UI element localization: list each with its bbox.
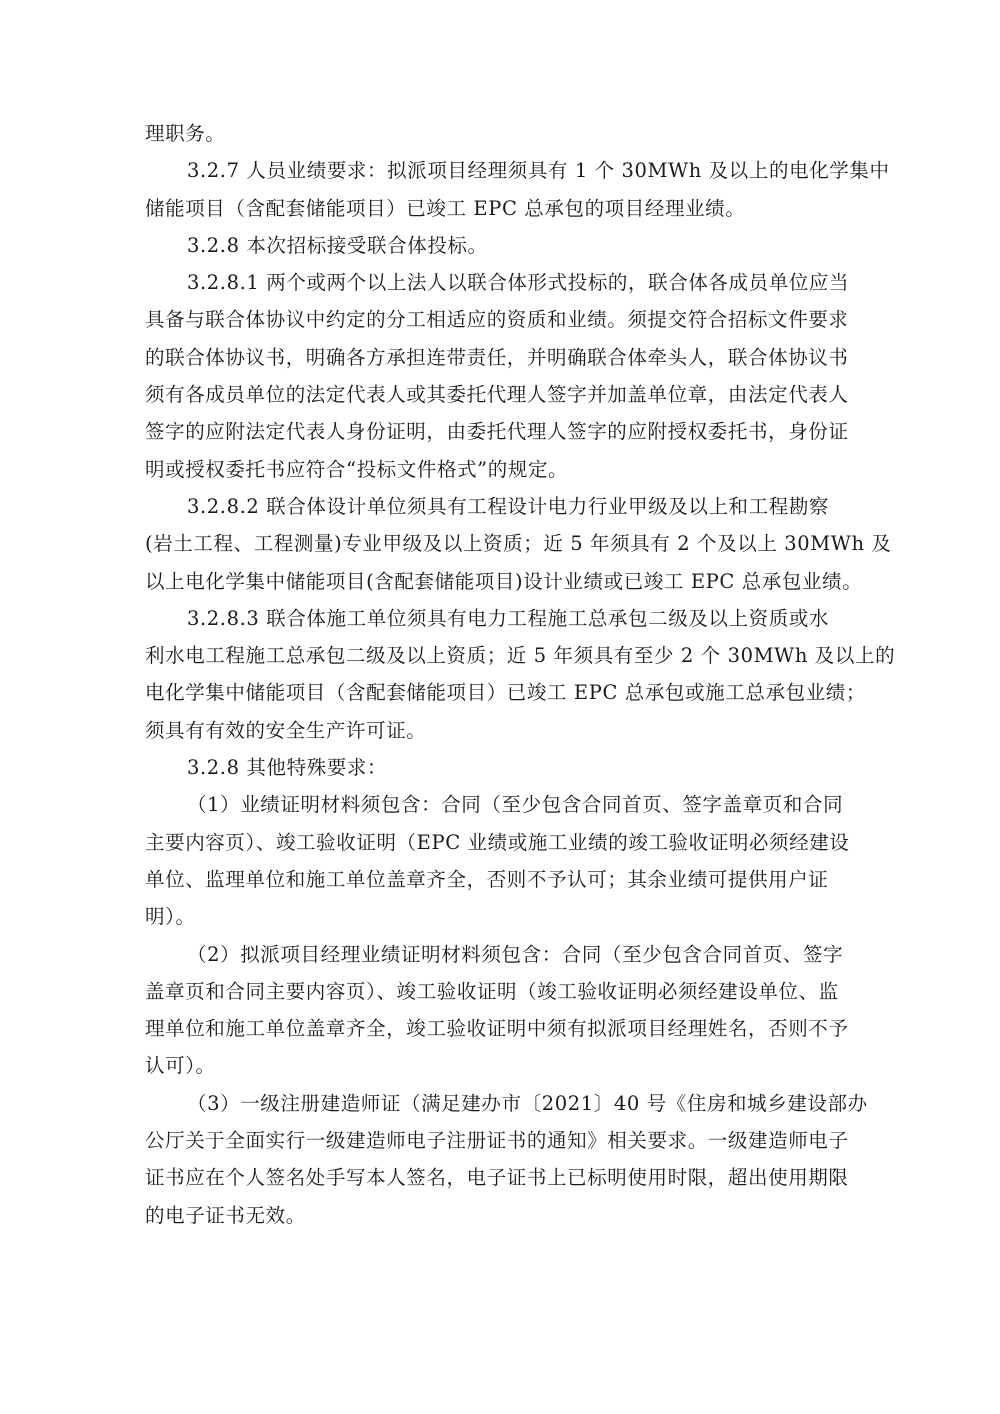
text-line: （1）业绩证明材料须包含：合同（至少包含合同首页、签字盖章页和合同 [145,786,855,823]
text-line: 的联合体协议书，明确各方承担连带责任，并明确联合体牵头人，联合体协议书 [145,339,855,376]
text-line: 盖章页和合同主要内容页）、竣工验收证明（竣工验收证明必须经建设单位、监 [145,973,855,1010]
text-line: （2）拟派项目经理业绩证明材料须包含：合同（至少包含合同首页、签字 [145,936,855,973]
text-line: 理单位和施工单位盖章齐全，竣工验收证明中须有拟派项目经理姓名，否则不予 [145,1010,855,1047]
text-line: 单位、监理单位和施工单位盖章齐全，否则不予认可；其余业绩可提供用户证 [145,861,855,898]
text-line: 证书应在个人签名处手写本人签名，电子证书上已标明使用时限，超出使用期限 [145,1159,855,1196]
paragraph-3-2-8: 3.2.8 本次招标接受联合体投标。 [145,227,855,264]
paragraph-other-requirements: 3.2.8 其他特殊要求： [145,749,855,786]
text-line: 3.2.8.2 联合体设计单位须具有工程设计电力行业甲级及以上和工程勘察 [145,488,855,525]
text-line: 3.2.8 本次招标接受联合体投标。 [145,227,855,264]
text-line: (岩土工程、工程测量)专业甲级及以上资质；近 5 年须具有 2 个及以上 30M… [145,525,855,562]
paragraph-continuation: 理职务。 [145,115,855,152]
paragraph-3-2-8-2: 3.2.8.2 联合体设计单位须具有工程设计电力行业甲级及以上和工程勘察 (岩土… [145,488,855,600]
text-line: 的电子证书无效。 [145,1197,855,1234]
paragraph-item-1: （1）业绩证明材料须包含：合同（至少包含合同首页、签字盖章页和合同 主要内容页）… [145,786,855,935]
paragraph-item-2: （2）拟派项目经理业绩证明材料须包含：合同（至少包含合同首页、签字 盖章页和合同… [145,936,855,1085]
text-line: 具备与联合体协议中约定的分工相适应的资质和业绩。须提交符合招标文件要求 [145,301,855,338]
document-body: 理职务。 3.2.7 人员业绩要求：拟派项目经理须具有 1 个 30MWh 及以… [145,115,855,1234]
document-page: 理职务。 3.2.7 人员业绩要求：拟派项目经理须具有 1 个 30MWh 及以… [0,0,1000,1414]
paragraph-3-2-8-3: 3.2.8.3 联合体施工单位须具有电力工程施工总承包二级及以上资质或水 利水电… [145,600,855,749]
paragraph-3-2-8-1: 3.2.8.1 两个或两个以上法人以联合体形式投标的，联合体各成员单位应当 具备… [145,264,855,488]
text-line: 3.2.7 人员业绩要求：拟派项目经理须具有 1 个 30MWh 及以上的电化学… [145,152,855,189]
text-line: 主要内容页）、竣工验收证明（EPC 业绩或施工业绩的竣工验收证明必须经建设 [145,824,855,861]
text-line: 签字的应附法定代表人身份证明，由委托代理人签字的应附授权委托书，身份证 [145,413,855,450]
text-line: 认可）。 [145,1047,855,1084]
paragraph-3-2-7: 3.2.7 人员业绩要求：拟派项目经理须具有 1 个 30MWh 及以上的电化学… [145,152,855,227]
text-line: 3.2.8.1 两个或两个以上法人以联合体形式投标的，联合体各成员单位应当 [145,264,855,301]
text-line: 3.2.8 其他特殊要求： [145,749,855,786]
text-line: 电化学集中储能项目（含配套储能项目）已竣工 EPC 总承包或施工总承包业绩； [145,674,855,711]
text-line: 公厅关于全面实行一级建造师电子注册证书的通知》相关要求。一级建造师电子 [145,1122,855,1159]
text-line: 理职务。 [145,115,855,152]
text-line: 明或授权委托书应符合“投标文件格式”的规定。 [145,451,855,488]
text-line: 明）。 [145,898,855,935]
text-line: 储能项目（含配套储能项目）已竣工 EPC 总承包的项目经理业绩。 [145,190,855,227]
text-line: 利水电工程施工总承包二级及以上资质；近 5 年须具有至少 2 个 30MWh 及… [145,637,855,674]
text-line: 须具有有效的安全生产许可证。 [145,712,855,749]
text-line: 须有各成员单位的法定代表人或其委托代理人签字并加盖单位章，由法定代表人 [145,376,855,413]
text-line: 以上电化学集中储能项目(含配套储能项目)设计业绩或已竣工 EPC 总承包业绩。 [145,563,855,600]
text-line: 3.2.8.3 联合体施工单位须具有电力工程施工总承包二级及以上资质或水 [145,600,855,637]
text-line: （3）一级注册建造师证（满足建办市〔2021〕40 号《住房和城乡建设部办 [145,1085,855,1122]
paragraph-item-3: （3）一级注册建造师证（满足建办市〔2021〕40 号《住房和城乡建设部办 公厅… [145,1085,855,1234]
